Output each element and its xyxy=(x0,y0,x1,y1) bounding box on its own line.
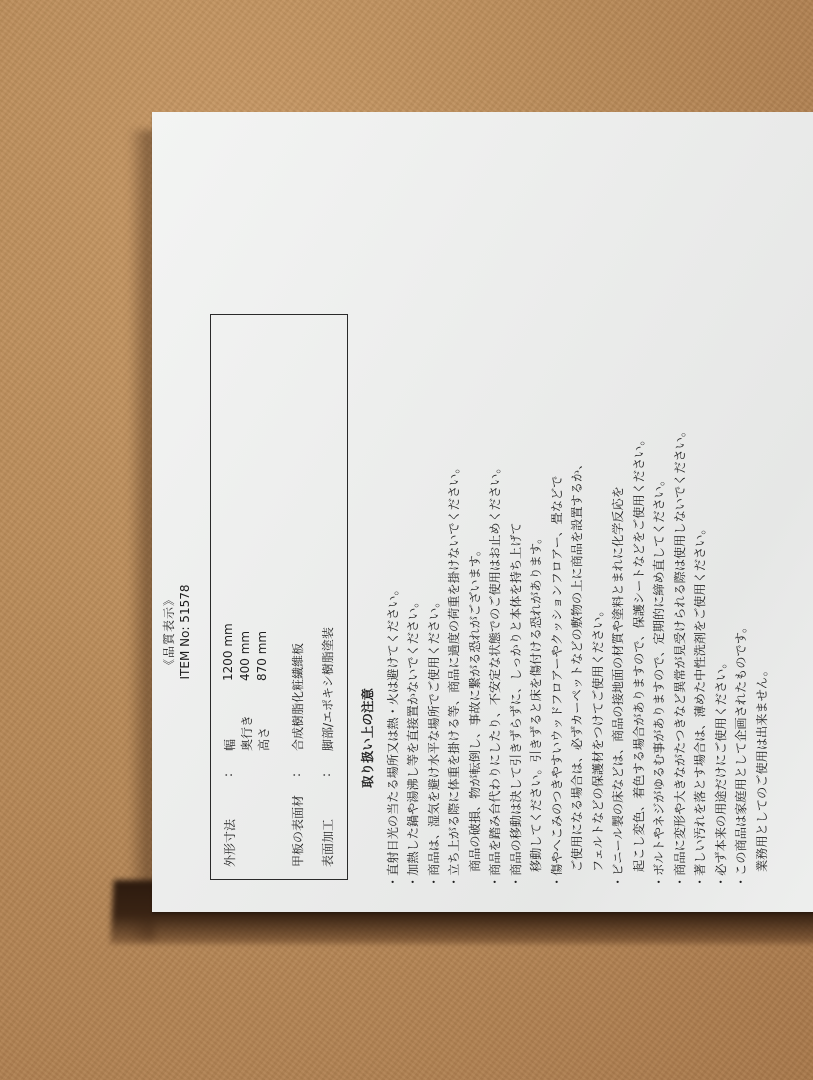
spec-table: 外形寸法 : 幅 1200 mm 奥行き 400 mm 高さ 870 mm xyxy=(210,314,348,880)
precaution-line: 商品の破損、物が転倒し、事故に繋がる恐れがございます。 xyxy=(465,328,486,888)
item-number: ITEM No: 51578 xyxy=(178,352,192,912)
precaution-line: ・傷やへこみのつきやすいウッドフロアーやクッションフロアー、畳などで xyxy=(547,328,568,888)
precaution-line: ・ボルトやネジがゆるむ事がありますので、定期的に締め直してください。 xyxy=(649,328,670,888)
precaution-line: ・商品は、湿気を避け水平な場所でご使用ください。 xyxy=(424,328,445,888)
precaution-line: ・商品の移動は決して引きずらずに、しっかりと本体を持ち上げて xyxy=(506,328,527,888)
paper-shadow-left xyxy=(128,130,154,940)
spec-colon: : xyxy=(221,773,235,777)
precaution-line: フェルトなどの保護材をつけてご使用ください。 xyxy=(588,328,609,888)
spec-label-size: 外形寸法 xyxy=(221,819,238,867)
precaution-line: ・ビニール製の床などは、商品の接地面の材質や塗料とまれに化学反応を xyxy=(608,328,629,888)
quality-label-paper: 《品質表示》 ITEM No: 51578 外形寸法 : 幅 1200 mm 奥… xyxy=(152,112,813,912)
precaution-line: 業務用としてのご使用は出来ません。 xyxy=(752,328,773,888)
rotated-label-content: 《品質表示》 ITEM No: 51578 外形寸法 : 幅 1200 mm 奥… xyxy=(152,112,813,912)
precaution-line: ・必ず本来の用途だけにご使用ください。 xyxy=(711,328,732,888)
precautions-heading: 取り扱い上の注意 xyxy=(358,588,379,888)
spec-row-finish: 表面加工 : 脚部/エポキシ樹脂塗装 xyxy=(319,327,337,867)
precaution-line: 起こし変色、着色する場合がありますので、保護シートなどをご使用ください。 xyxy=(629,328,650,888)
precaution-line: ・商品を踏み台代わりにしたり、不安定な状態でのご使用はお止めください。 xyxy=(485,328,506,888)
precaution-line: ・加熱した鍋や湯沸し等を直接置かないでください。 xyxy=(403,328,424,888)
spec-row-top-material: 甲板の表面材 : 合成樹脂化粧繊維板 xyxy=(289,327,307,867)
precaution-line: ・商品に変形や大きながたつきなど異常が見受けられる際は使用しないでください。 xyxy=(670,328,691,888)
label-title: 《品質表示》 xyxy=(160,352,177,912)
precaution-list: ・直射日光の当たる場所又は熱・火は避けてください。・加熱した鍋や湯沸し等を直接置… xyxy=(383,328,773,888)
precaution-line: 移動してください。引きずると床を傷付ける恐れがあります。 xyxy=(526,328,547,888)
precaution-line: ・著しい汚れを落とす場合は、薄めた中性洗剤をご使用ください。 xyxy=(690,328,711,888)
handling-precautions: 取り扱い上の注意 ・直射日光の当たる場所又は熱・火は避けてください。・加熱した鍋… xyxy=(358,328,772,888)
precaution-line: ・直射日光の当たる場所又は熱・火は避けてください。 xyxy=(383,328,404,888)
precaution-line: ご使用になる場合は、必ずカーペットなどの敷物の上に商品を設置するか、 xyxy=(567,328,588,888)
precaution-line: ・この商品は家庭用として企画されたものです。 xyxy=(731,328,752,888)
precaution-line: ・立ち上がる際に体重を掛ける等、商品に過度の荷重を掛けないでください。 xyxy=(444,328,465,888)
spec-row-size: 外形寸法 : 幅 1200 mm 奥行き 400 mm 高さ 870 mm xyxy=(221,327,275,867)
